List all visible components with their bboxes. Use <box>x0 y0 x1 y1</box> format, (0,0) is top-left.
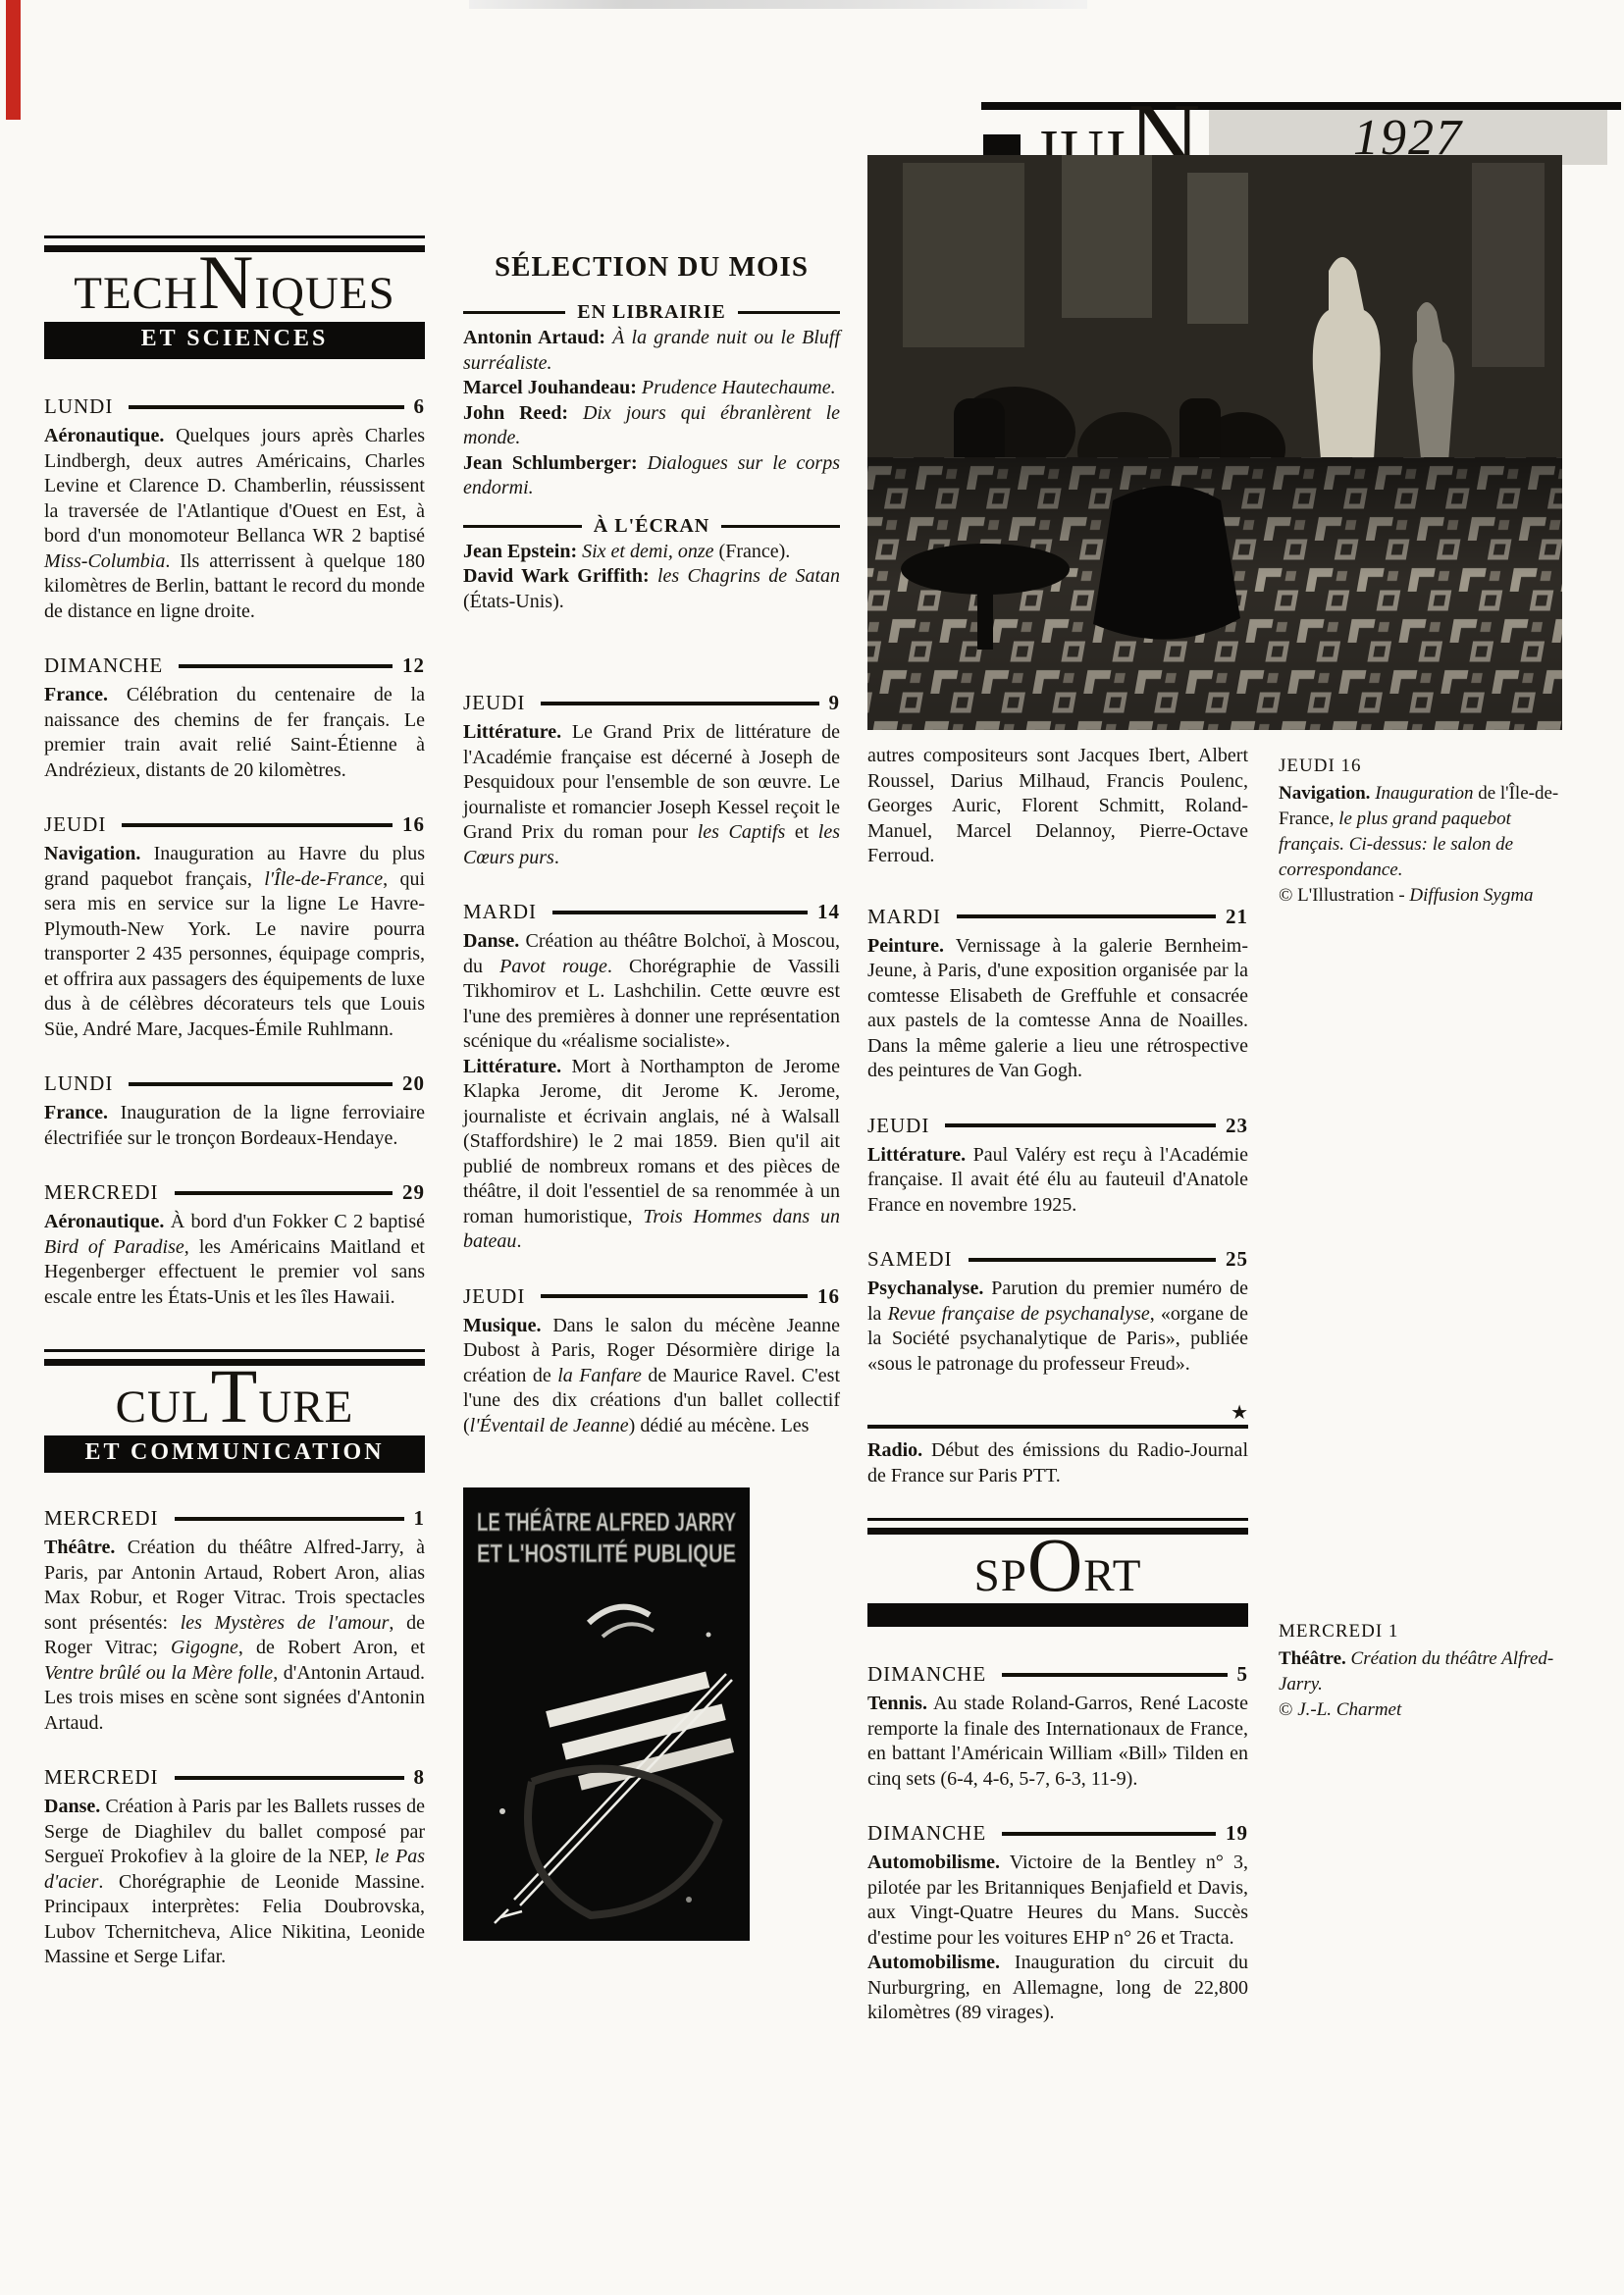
entry-lundi-20: LUNDI 20 France. Inauguration de la lign… <box>44 1071 425 1151</box>
day-rule <box>552 911 808 914</box>
book-item: John Reed: Dix jours qui ébranlèrent le … <box>463 401 840 451</box>
entry-day-header: MERCREDI 29 <box>44 1180 425 1205</box>
entry-paragraph: Danse. Création au théâtre Bolchoï, à Mo… <box>463 929 840 1055</box>
day-label: MERCREDI <box>44 1180 159 1205</box>
entry-day-header: MERCREDI 8 <box>44 1765 425 1790</box>
entry-day-header: DIMANCHE 5 <box>867 1662 1248 1687</box>
entry-paragraph: France. Inauguration de la ligne ferrovi… <box>44 1101 425 1151</box>
entry-day-header: LUNDI 6 <box>44 394 425 419</box>
photo-illustration <box>867 155 1562 730</box>
day-label: JEUDI <box>463 691 525 715</box>
poster-title-line2: ET L'HOSTILITÉ PUBLIQUE <box>477 1539 736 1568</box>
section-title: TECHNIQUES <box>44 259 425 317</box>
day-number: 29 <box>402 1180 425 1205</box>
book-item: Marcel Jouhandeau: Prudence Hautechaume. <box>463 376 840 401</box>
entry-dimanche-5: DIMANCHE 5 Tennis. Au stade Roland-Garro… <box>867 1662 1248 1792</box>
section-header-techniques: TECHNIQUES ET SCIENCES <box>44 235 425 359</box>
day-rule <box>541 702 818 705</box>
caption-credit: © L'Illustration - Diffusion Sygma <box>1279 883 1573 909</box>
caption-day: MERCREDI 1 <box>1279 1619 1573 1644</box>
column-selection: SÉLECTION DU MOIS EN LIBRAIRIE Antonin A… <box>463 251 840 1941</box>
entry-mercredi-1: MERCREDI 1 Théâtre. Création du théâtre … <box>44 1506 425 1736</box>
entry-dimanche-19: DIMANCHE 19 Automobilisme. Victoire de l… <box>867 1821 1248 2026</box>
film-item: Jean Epstein: Six et demi, onze (France)… <box>463 540 840 565</box>
day-number: 5 <box>1237 1662 1249 1687</box>
day-rule <box>175 1776 404 1780</box>
poster-theatre-alfred-jarry: LE THÉÂTRE ALFRED JARRY ET L'HOSTILITÉ P… <box>463 1487 750 1941</box>
day-number: 16 <box>402 812 425 837</box>
entry-paragraph: Psychanalyse. Parution du premier numéro… <box>867 1277 1248 1377</box>
entry-paragraph: Aéronautique. Quelques jours après Charl… <box>44 424 425 624</box>
entry-paragraph: Littérature. Mort à Northampton de Jerom… <box>463 1055 840 1255</box>
scan-smudge <box>469 0 1087 9</box>
day-label: MARDI <box>867 905 941 929</box>
day-rule <box>129 405 403 409</box>
entry-day-header: JEUDI 9 <box>463 691 840 715</box>
entry-paragraph: France. Célébration du centenaire de la … <box>44 683 425 783</box>
scan-red-mark <box>6 0 21 120</box>
day-rule <box>541 1294 808 1298</box>
day-label: DIMANCHE <box>44 653 163 678</box>
day-number: 6 <box>414 394 426 419</box>
section-header-sport: SPORT <box>867 1518 1248 1627</box>
entry-mardi-14: MARDI 14 Danse. Création au théâtre Bolc… <box>463 900 840 1255</box>
photo-caption-theatre-alfred-jarry: MERCREDI 1 Théâtre. Création du théâtre … <box>1279 1619 1573 1723</box>
section-subtitle-bar: ET COMMUNICATION <box>44 1435 425 1473</box>
poster-illustration: LE THÉÂTRE ALFRED JARRY ET L'HOSTILITÉ P… <box>463 1487 750 1941</box>
day-rule <box>129 1082 393 1086</box>
entry-paragraph: Aéronautique. À bord d'un Fokker C 2 bap… <box>44 1210 425 1310</box>
entry-day-header: LUNDI 20 <box>44 1071 425 1096</box>
section-subtitle-bar: ET SCIENCES <box>44 322 425 359</box>
section-header-culture: CULTURE ET COMMUNICATION <box>44 1349 425 1473</box>
entry-paragraph: Danse. Création à Paris par les Ballets … <box>44 1795 425 1970</box>
entry-day-header: MARDI 21 <box>867 905 1248 929</box>
rule <box>44 235 425 238</box>
entry-dimanche-12: DIMANCHE 12 France. Célébration du cente… <box>44 653 425 783</box>
entry-day-header: JEUDI 23 <box>867 1114 1248 1138</box>
entry-paragraph: Littérature. Paul Valéry est reçu à l'Ac… <box>867 1143 1248 1219</box>
entry-paragraph: Navigation. Inauguration au Havre du plu… <box>44 842 425 1042</box>
entry-mercredi-29: MERCREDI 29 Aéronautique. À bord d'un Fo… <box>44 1180 425 1310</box>
day-rule <box>122 823 393 827</box>
continuation-paragraph: autres compositeurs sont Jacques Ibert, … <box>867 744 1248 869</box>
day-label: JEUDI <box>44 812 106 837</box>
day-number: 19 <box>1226 1821 1248 1846</box>
day-rule <box>957 914 1216 918</box>
rule <box>463 311 565 314</box>
section-title: CULTURE <box>44 1373 425 1431</box>
rule <box>867 1425 1248 1429</box>
day-rule <box>969 1258 1216 1262</box>
caption-body: Théâtre. Création du théâtre Alfred-Jarr… <box>1279 1646 1573 1697</box>
entry-samedi-25: SAMEDI 25 Psychanalyse. Parution du prem… <box>867 1247 1248 1377</box>
entry-paragraph: Théâtre. Création du théâtre Alfred-Jarr… <box>44 1536 425 1736</box>
entry-lundi-6: LUNDI 6 Aéronautique. Quelques jours apr… <box>44 394 425 624</box>
entry-jeudi-23: JEUDI 23 Littérature. Paul Valéry est re… <box>867 1114 1248 1219</box>
entry-jeudi-9: JEUDI 9 Littérature. Le Grand Prix de li… <box>463 691 840 870</box>
entry-paragraph: Tennis. Au stade Roland-Garros, René Lac… <box>867 1692 1248 1792</box>
film-item: David Wark Griffith: les Chagrins de Sat… <box>463 564 840 614</box>
rule <box>44 1349 425 1352</box>
rule <box>721 525 840 528</box>
day-label: JEUDI <box>867 1114 929 1138</box>
rule <box>738 311 840 314</box>
day-label: LUNDI <box>44 1071 113 1096</box>
photo-caption-ile-de-france: JEUDI 16 Navigation. Inauguration de l'Î… <box>1279 754 1573 909</box>
entry-paragraph: Automobilisme. Inauguration du circuit d… <box>867 1951 1248 2026</box>
book-item: Jean Schlumberger: Dialogues sur le corp… <box>463 451 840 501</box>
day-label: DIMANCHE <box>867 1821 986 1846</box>
day-number: 25 <box>1226 1247 1248 1272</box>
day-rule <box>1002 1832 1216 1836</box>
poster-title-line1: LE THÉÂTRE ALFRED JARRY <box>477 1507 736 1537</box>
entry-paragraph: Automobilisme. Victoire de la Bentley n°… <box>867 1851 1248 1951</box>
group-heading-librairie: EN LIBRAIRIE <box>463 301 840 324</box>
day-number: 20 <box>402 1071 425 1096</box>
entry-day-header: DIMANCHE 19 <box>867 1821 1248 1846</box>
section-title: SPORT <box>867 1541 1248 1599</box>
rule <box>867 1518 1248 1521</box>
entry-paragraph: Radio. Début des émissions du Radio-Jour… <box>867 1438 1248 1488</box>
day-number: 16 <box>817 1284 840 1309</box>
entry-day-header: MARDI 14 <box>463 900 840 924</box>
day-rule <box>179 664 393 668</box>
section-big-letter: O <box>1027 1522 1083 1607</box>
day-number: 14 <box>817 900 840 924</box>
day-label: DIMANCHE <box>867 1662 986 1687</box>
book-item: Antonin Artaud: À la grande nuit ou le B… <box>463 326 840 376</box>
day-number: 12 <box>402 653 425 678</box>
day-label: JEUDI <box>463 1284 525 1309</box>
day-label: MERCREDI <box>44 1765 159 1790</box>
day-number: 21 <box>1226 905 1248 929</box>
day-label: MARDI <box>463 900 537 924</box>
day-label: SAMEDI <box>867 1247 953 1272</box>
entry-paragraph: Peinture. Vernissage à la galerie Bernhe… <box>867 934 1248 1084</box>
day-number: 23 <box>1226 1114 1248 1138</box>
day-rule <box>175 1191 393 1195</box>
entry-paragraph: Littérature. Le Grand Prix de littératur… <box>463 720 840 870</box>
day-number: 9 <box>829 691 841 715</box>
day-rule <box>945 1123 1216 1127</box>
entry-mardi-21: MARDI 21 Peinture. Vernissage à la galer… <box>867 905 1248 1084</box>
caption-day: JEUDI 16 <box>1279 754 1573 779</box>
day-number: 1 <box>414 1506 426 1531</box>
entry-day-header: JEUDI 16 <box>463 1284 840 1309</box>
entry-day-header: DIMANCHE 12 <box>44 653 425 678</box>
caption-credit: © J.-L. Charmet <box>1279 1697 1573 1723</box>
entry-day-header: JEUDI 16 <box>44 812 425 837</box>
section-big-letter: N <box>198 239 254 325</box>
rule <box>463 525 582 528</box>
caption-body: Navigation. Inauguration de l'Île-de-Fra… <box>1279 781 1573 883</box>
section-big-letter: T <box>211 1353 259 1438</box>
group-heading-ecran: À L'ÉCRAN <box>463 515 840 538</box>
star-icon: ★ <box>867 1404 1248 1422</box>
photo-salon-ile-de-france <box>867 155 1562 730</box>
radio-entry: ★ Radio. Début des émissions du Radio-Jo… <box>867 1404 1248 1488</box>
column-three: autres compositeurs sont Jacques Ibert, … <box>867 744 1248 2026</box>
entry-day-header: SAMEDI 25 <box>867 1247 1248 1272</box>
entry-jeudi-16: JEUDI 16 Navigation. Inauguration au Hav… <box>44 812 425 1042</box>
selection-title: SÉLECTION DU MOIS <box>463 251 840 284</box>
entry-mercredi-8: MERCREDI 8 Danse. Création à Paris par l… <box>44 1765 425 1970</box>
day-rule <box>1002 1673 1227 1677</box>
entry-day-header: MERCREDI 1 <box>44 1506 425 1531</box>
day-rule <box>175 1517 404 1521</box>
day-number: 8 <box>414 1765 426 1790</box>
entry-jeudi-16-musique: JEUDI 16 Musique. Dans le salon du mécèn… <box>463 1284 840 1439</box>
masthead-rule <box>981 102 1621 110</box>
column-techniques: TECHNIQUES ET SCIENCES LUNDI 6 Aéronauti… <box>44 235 425 1970</box>
day-label: MERCREDI <box>44 1506 159 1531</box>
entry-paragraph: Musique. Dans le salon du mécène Jeanne … <box>463 1314 840 1439</box>
day-label: LUNDI <box>44 394 113 419</box>
magazine-page-juin-1927: JUIN 1927 <box>0 0 1624 2295</box>
